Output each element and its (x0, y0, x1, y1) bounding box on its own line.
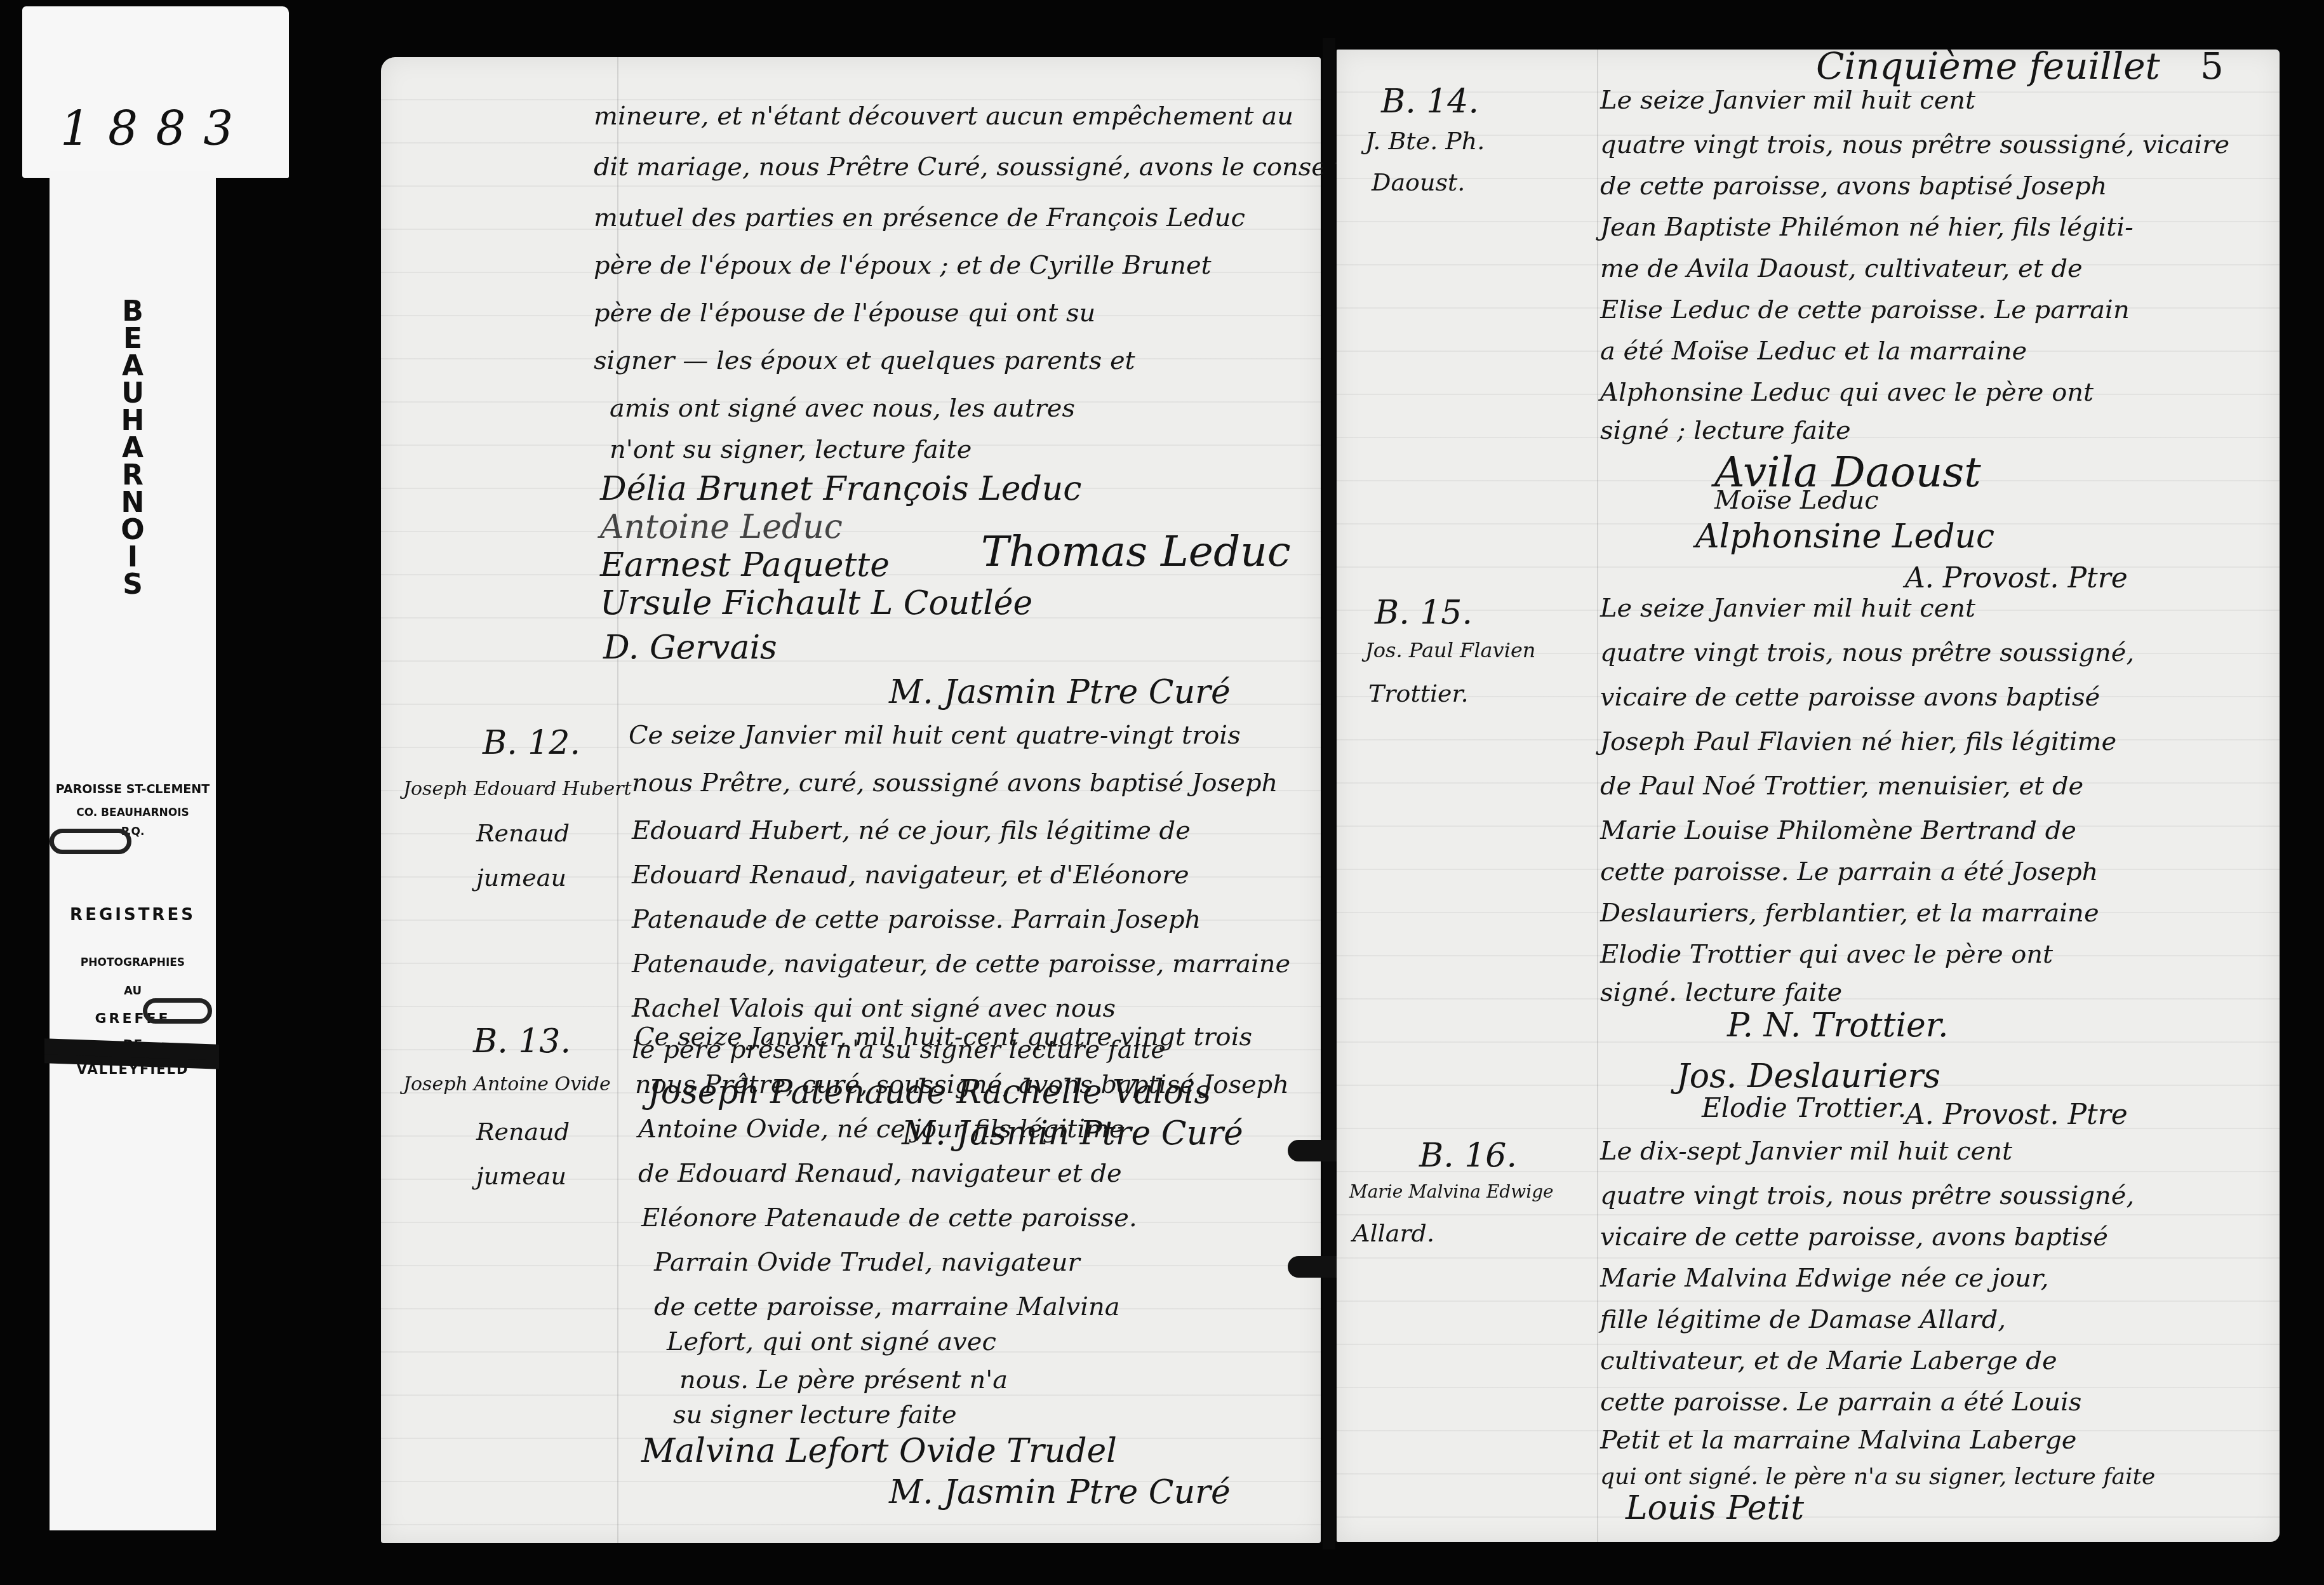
signature: Jos. Deslauriers (1676, 1057, 1940, 1095)
margin-name: Daoust. (1372, 168, 1465, 196)
entry-number: B. 14. (1381, 83, 1479, 121)
margin-name: Joseph Antoine Ovide (403, 1073, 611, 1095)
text-line: me de Avila Daoust, cultivateur, et de (1600, 254, 2083, 283)
text-line: signer — les époux et quelques parents e… (594, 346, 1135, 375)
text-line: vicaire de cette paroisse avons baptisé (1600, 683, 2100, 712)
entry-number: B. 13. (473, 1022, 571, 1060)
text-line: Edouard Renaud, navigateur, et d'Eléonor… (632, 860, 1189, 890)
parish-letter: U (121, 380, 144, 408)
margin-name: Jos. Paul Flavien (1365, 638, 1535, 662)
year-card: 1883 (22, 6, 289, 178)
priest-signature: M. Jasmin Ptre Curé (889, 673, 1231, 711)
signature: Thomas Leduc (981, 527, 1291, 576)
text-line: a été Moïse Leduc et la marraine (1600, 337, 2027, 366)
page-number: 5 (2200, 44, 2224, 88)
text-line: Petit et la marraine Malvina Laberge (1600, 1426, 2076, 1455)
text-line: fille légitime de Damase Allard, (1600, 1305, 2006, 1334)
county-label: CO. BEAUHARNOIS (50, 806, 216, 819)
signature: D. Gervais (603, 629, 777, 667)
parish-letter: N (121, 490, 145, 517)
entry-number: B. 15. (1375, 594, 1473, 632)
priest-signature: A. Provost. Ptre (1905, 562, 2128, 594)
text-line: quatre vingt trois, nous prêtre soussign… (1600, 1181, 2134, 1210)
margin-name: jumeau (476, 1162, 566, 1190)
text-line: vicaire de cette paroisse, avons baptisé (1600, 1222, 2108, 1252)
text-line: Le seize Janvier mil huit cent (1600, 594, 1975, 623)
text-line: quatre vingt trois, nous prêtre soussign… (1600, 638, 2134, 667)
text-line: Elise Leduc de cette paroisse. Le parrai… (1600, 295, 2130, 324)
text-line: Edouard Hubert, né ce jour, fils légitim… (632, 816, 1191, 845)
text-line: Marie Louise Philomène Bertrand de (1600, 816, 2076, 845)
text-line: nous Prêtre, curé, soussigné, avons bapt… (635, 1070, 1289, 1099)
text-line: cultivateur, et de Marie Laberge de (1600, 1346, 2057, 1375)
text-line: nous. Le père présent n'a (679, 1365, 1008, 1394)
text-line: Patenaude, navigateur, de cette paroisse… (632, 949, 1290, 979)
text-line: de Edouard Renaud, navigateur et de (638, 1159, 1122, 1188)
text-line: Antoine Ovide, né ce jour fils légitime (638, 1114, 1125, 1144)
margin-name: Marie Malvina Edwige (1349, 1181, 1554, 1202)
signature: Antoine Leduc (600, 508, 843, 546)
parish-letter: A (122, 353, 144, 380)
margin-name: J. Bte. Ph. (1365, 127, 1485, 155)
priest-signature: A. Provost. Ptre (1905, 1099, 2128, 1131)
parish-letter: R (122, 462, 144, 490)
signature: Délia Brunet François Leduc (600, 470, 1081, 508)
parish-letter: B (122, 298, 144, 326)
text-line: Parrain Ovide Trudel, navigateur (654, 1248, 1080, 1277)
text-line: Elodie Trottier qui avec le père ont (1600, 940, 2053, 969)
text-line: de Paul Noé Trottier, menuisier, et de (1600, 772, 2083, 801)
text-line: de cette paroisse, avons baptisé Joseph (1600, 171, 2107, 201)
book-spine (1323, 38, 1335, 1549)
text-line: Alphonsine Leduc qui avec le père ont (1600, 378, 2094, 407)
text-line: de cette paroisse, marraine Malvina (654, 1292, 1120, 1321)
text-line: mineure, et n'étant découvert aucun empê… (594, 102, 1293, 131)
au-label: AU (50, 984, 216, 998)
text-line: signé. lecture faite (1600, 978, 1842, 1007)
text-line: dit mariage, nous Prêtre Curé, soussigné… (594, 152, 1434, 182)
text-line: amis ont signé avec nous, les autres (610, 394, 1075, 423)
parish-label: PAROISSE ST-CLEMENT (50, 782, 216, 796)
margin-name: Renaud (476, 819, 570, 847)
parish-letter: O (121, 517, 144, 544)
text-line: mutuel des parties en présence de Franço… (594, 203, 1245, 232)
parish-name-vertical: B E A U H A R N O I S (50, 298, 216, 599)
parish-letter: H (121, 408, 145, 435)
signature: P. N. Trottier. (1727, 1007, 1948, 1045)
margin-name: Trottier. (1368, 679, 1469, 707)
text-line: Ce seize Janvier, mil huit-cent quatre v… (635, 1022, 1252, 1052)
parish-letter: A (122, 435, 144, 462)
paper-clip-icon (143, 998, 212, 1024)
signature: Alphonsine Leduc (1695, 518, 1994, 556)
text-line: signé ; lecture faite (1600, 416, 1851, 445)
signature: Earnest Paquette (600, 546, 890, 584)
margin-name: Renaud (476, 1118, 570, 1146)
signature: Malvina Lefort Ovide Trudel (641, 1432, 1117, 1470)
entry-number: B. 12. (483, 724, 580, 762)
signature: Moïse Leduc (1714, 486, 1879, 515)
text-line: cette paroisse. Le parrain a été Louis (1600, 1388, 2081, 1417)
text-line: Joseph Paul Flavien né hier, fils légiti… (1600, 727, 2116, 756)
text-line: qui ont signé. le père n'a su signer, le… (1600, 1464, 2155, 1490)
text-line: Deslauriers, ferblantier, et la marraine (1600, 899, 2099, 928)
parish-letter: S (123, 572, 143, 599)
page-header: Cinquième feuillet (1816, 44, 2160, 88)
photographies-label: PHOTOGRAPHIES (50, 956, 216, 969)
text-line: Le dix-sept Janvier mil huit cent (1600, 1137, 2012, 1166)
text-line: Le seize Janvier mil huit cent (1600, 86, 1975, 115)
paper-clip-icon (50, 829, 131, 854)
signature: Ursule Fichault L Coutlée (600, 584, 1032, 622)
text-line: su signer lecture faite (673, 1400, 957, 1429)
text-line: Jean Baptiste Philémon né hier, fils lég… (1600, 213, 2134, 242)
text-line: Patenaude de cette paroisse. Parrain Jos… (632, 905, 1201, 934)
text-line: Eléonore Patenaude de cette paroisse. (641, 1203, 1137, 1233)
text-line: Lefort, qui ont signé avec (667, 1327, 996, 1356)
text-line: père de l'époux de l'époux ; et de Cyril… (594, 251, 1212, 280)
text-line: Marie Malvina Edwige née ce jour, (1600, 1264, 2049, 1293)
text-line: père de l'épouse de l'épouse qui ont su (594, 298, 1095, 328)
text-line: Ce seize Janvier mil huit cent quatre-vi… (629, 721, 1241, 750)
signature: Elodie Trottier. (1702, 1092, 1906, 1123)
register-year: 1883 (60, 102, 251, 156)
text-line: nous Prêtre, curé, soussigné avons bapti… (632, 768, 1278, 798)
signature: Louis Petit (1626, 1489, 1804, 1527)
margin-name: Joseph Edouard Hubert (403, 778, 632, 800)
text-line: cette paroisse. Le parrain a été Joseph (1600, 857, 2098, 886)
text-line: n'ont su signer, lecture faite (610, 435, 972, 464)
parish-letter: I (128, 544, 138, 572)
margin-name: Allard. (1352, 1219, 1434, 1247)
text-line: Rachel Valois qui ont signé avec nous (632, 994, 1116, 1023)
margin-name: jumeau (476, 864, 566, 892)
priest-signature: M. Jasmin Ptre Curé (889, 1473, 1231, 1511)
entry-number: B. 16. (1419, 1137, 1517, 1175)
registres-label: REGISTRES (50, 906, 216, 925)
text-line: quatre vingt trois, nous prêtre soussign… (1600, 130, 2229, 159)
parish-letter: E (123, 326, 142, 353)
